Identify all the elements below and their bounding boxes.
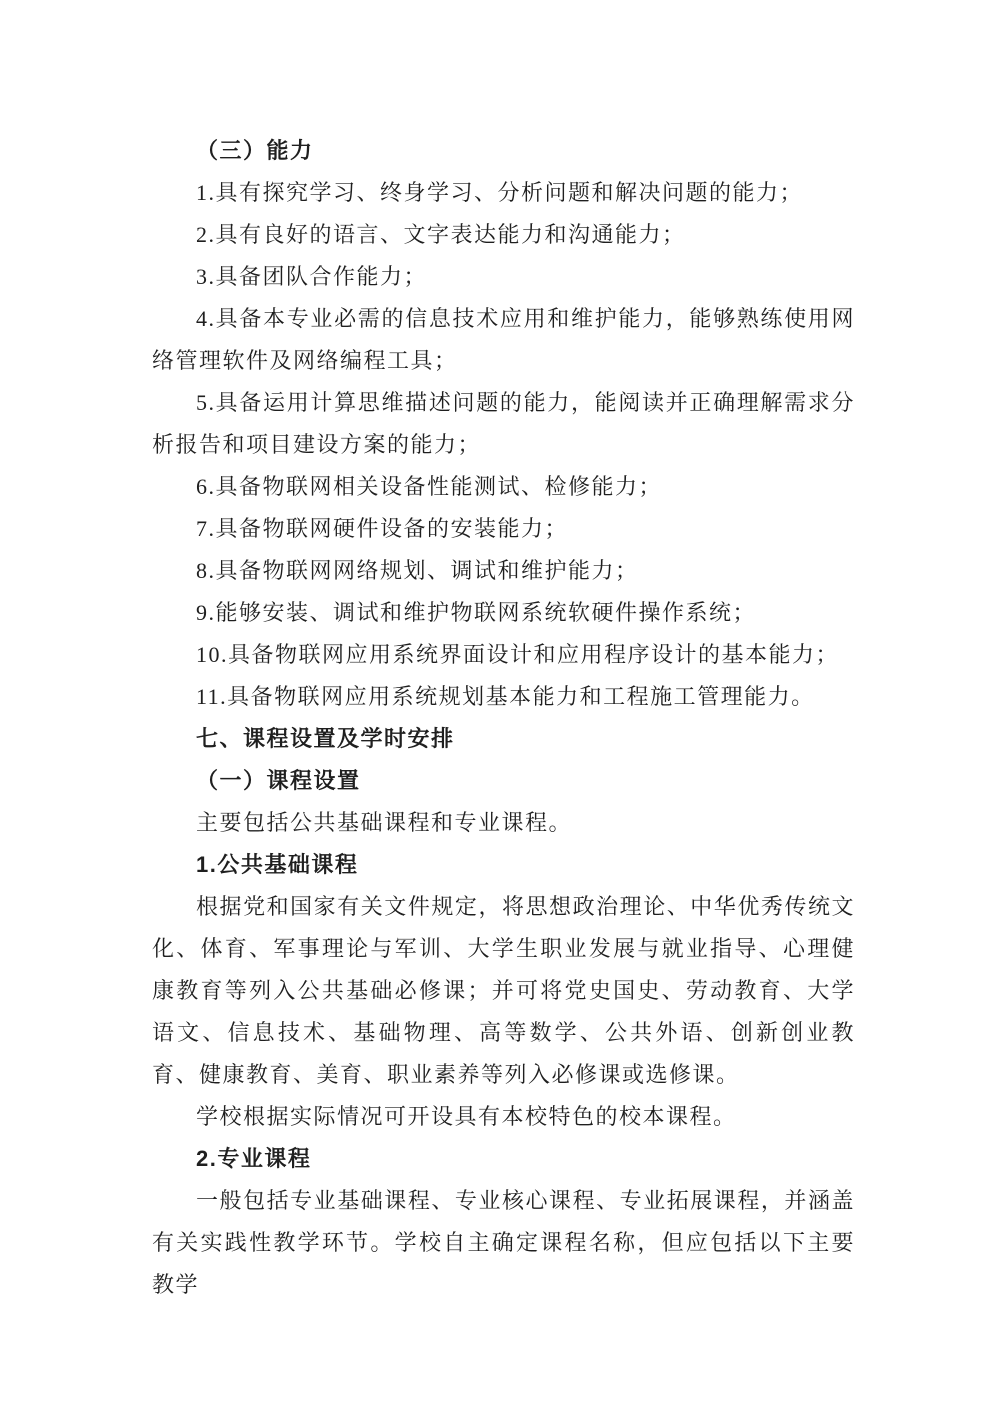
ability-item-11: 11.具备物联网应用系统规划基本能力和工程施工管理能力。 [152, 676, 855, 718]
ability-item-10: 10.具备物联网应用系统界面设计和应用程序设计的基本能力； [152, 634, 855, 676]
heading-major-courses: 2.专业课程 [152, 1138, 855, 1180]
document-page: （三）能力 1.具有探究学习、终身学习、分析问题和解决问题的能力； 2.具有良好… [0, 0, 1000, 1414]
ability-item-2: 2.具有良好的语言、文字表达能力和沟通能力； [152, 214, 855, 256]
ability-item-8: 8.具备物联网网络规划、调试和维护能力； [152, 550, 855, 592]
ability-item-9: 9.能够安装、调试和维护物联网系统软硬件操作系统； [152, 592, 855, 634]
heading-section-ability: （三）能力 [152, 130, 855, 172]
heading-course-setup: （一）课程设置 [152, 760, 855, 802]
paragraph-school-based-courses: 学校根据实际情况可开设具有本校特色的校本课程。 [152, 1096, 855, 1138]
ability-item-3: 3.具备团队合作能力； [152, 256, 855, 298]
ability-item-4: 4.具备本专业必需的信息技术应用和维护能力，能够熟练使用网络管理软件及网络编程工… [152, 298, 855, 382]
paragraph-course-overview: 主要包括公共基础课程和专业课程。 [152, 802, 855, 844]
ability-item-5: 5.具备运用计算思维描述问题的能力，能阅读并正确理解需求分析报告和项目建设方案的… [152, 382, 855, 466]
ability-item-7: 7.具备物联网硬件设备的安装能力； [152, 508, 855, 550]
heading-chapter-7: 七、课程设置及学时安排 [152, 718, 855, 760]
paragraph-major-courses: 一般包括专业基础课程、专业核心课程、专业拓展课程，并涵盖有关实践性教学环节。学校… [152, 1180, 855, 1306]
heading-public-basic-courses: 1.公共基础课程 [152, 844, 855, 886]
ability-item-6: 6.具备物联网相关设备性能测试、检修能力； [152, 466, 855, 508]
paragraph-public-basic-courses: 根据党和国家有关文件规定，将思想政治理论、中华优秀传统文化、体育、军事理论与军训… [152, 886, 855, 1096]
ability-item-1: 1.具有探究学习、终身学习、分析问题和解决问题的能力； [152, 172, 855, 214]
